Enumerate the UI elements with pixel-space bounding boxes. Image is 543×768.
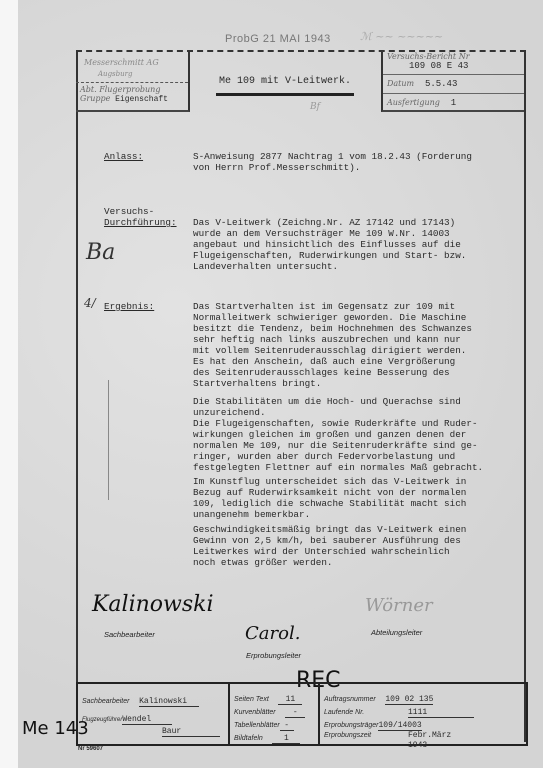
ergebnis-paragraph-1: Das Startverhalten ist im Gegensatz zur …	[193, 301, 525, 389]
margin-mark-1: Ba	[86, 240, 115, 265]
header-report-block: Versuchs-Bericht Nr 109 08 E 43 Datum 5.…	[381, 50, 524, 112]
ergebnis-label: Ergebnis:	[104, 301, 154, 312]
copy-label: Ausfertigung	[387, 98, 440, 107]
date-value: 5.5.43	[425, 79, 457, 89]
erprobungszeit-value-2: 1943	[408, 741, 427, 750]
header-company-block: Messerschmitt AG Augsburg Abt. Flugerpro…	[76, 50, 190, 112]
title-underline	[216, 93, 354, 96]
date-label: Datum	[387, 79, 414, 88]
durchfuehrung-label-2: Durchführung:	[104, 217, 177, 228]
footer-personnel: Sachbearbeiter Kalinowski Flugzeugführer…	[78, 684, 230, 744]
copy-value: 1	[451, 98, 456, 108]
group-value: Eigenschaft	[115, 95, 168, 104]
anlass-label: Anlass:	[104, 151, 143, 162]
durchfuehrung-text: Das V-Leitwerk (Zeichng.Nr. AZ 17142 und…	[193, 217, 525, 272]
sachbearbeiter-sig-label: Sachbearbeiter	[104, 630, 155, 639]
sachbearbeiter-signature: Kalinowski	[92, 592, 214, 617]
bildtafeln-label: Bildtafeln	[234, 735, 263, 742]
report-label: Versuchs-Bericht Nr	[387, 52, 470, 61]
abteilungsleiter-signature: Wörner	[365, 595, 433, 616]
group: Gruppe Eigenschaft	[76, 94, 188, 104]
erprobungsleiter-signature: Carol.	[245, 623, 300, 644]
group-label: Gruppe	[80, 94, 110, 103]
footer-page-counts: Seiten Text 11 Kurvenblätter - Tabellenb…	[230, 684, 320, 744]
document-title: Me 109 mit V-Leitwerk.	[190, 76, 380, 87]
document-title-block: Me 109 mit V-Leitwerk. Bf	[190, 76, 380, 112]
anlass-text: S-Anweisung 2877 Nachtrag 1 vom 18.2.43 …	[193, 151, 525, 173]
margin-bracket	[108, 380, 109, 500]
erprobungsleiter-sig-label: Erprobungsleiter	[246, 651, 301, 660]
page-edge	[0, 0, 19, 768]
footer-pilot-2: Baur	[162, 727, 220, 737]
abteilungsleiter-sig-label: Abteilungsleiter	[371, 628, 422, 637]
date-row: Datum 5.5.43	[383, 75, 524, 94]
durchfuehrung-label-1: Versuchs-	[104, 206, 154, 217]
report-number-row: Versuchs-Bericht Nr 109 08 E 43	[383, 50, 524, 75]
handwritten-top-note: ℳ ~~ ~~~~~	[360, 30, 443, 43]
footer-sachbearbeiter-label: Sachbearbeiter	[82, 698, 129, 705]
department: Abt. Flugerprobung	[76, 83, 188, 94]
footer-order-info: Auftragsnummer 109 02 135 Laufende Nr.11…	[320, 684, 526, 744]
received-stamp: ProbG 21 MAI 1943	[225, 33, 331, 45]
report-number: 109 08 E 43	[387, 61, 468, 71]
footer-table: Sachbearbeiter Kalinowski Flugzeugführer…	[76, 682, 528, 746]
title-mark: Bf	[250, 102, 380, 112]
form-number: Nr 59607	[78, 746, 103, 752]
company-name: Messerschmitt AG	[76, 50, 188, 67]
ergebnis-paragraph-4: Geschwindigkeitsmäßig bringt das V-Leitw…	[193, 524, 525, 568]
ergebnis-paragraph-2: Die Stabilitäten um die Hoch- und Querac…	[193, 396, 525, 473]
ergebnis-paragraph-3: Im Kunstflug unterscheidet sich das V-Le…	[193, 476, 525, 520]
company-city: Augsburg	[76, 67, 188, 78]
copy-row: Ausfertigung 1	[383, 94, 524, 112]
bildtafeln-value: 1	[272, 734, 300, 744]
footer-sachbearbeiter-value: Kalinowski	[139, 697, 199, 707]
margin-note-me143: Me 143	[22, 718, 89, 739]
erprobungszeit-label: Erprobungszeit	[324, 732, 408, 739]
margin-mark-2: 4/	[84, 296, 96, 310]
